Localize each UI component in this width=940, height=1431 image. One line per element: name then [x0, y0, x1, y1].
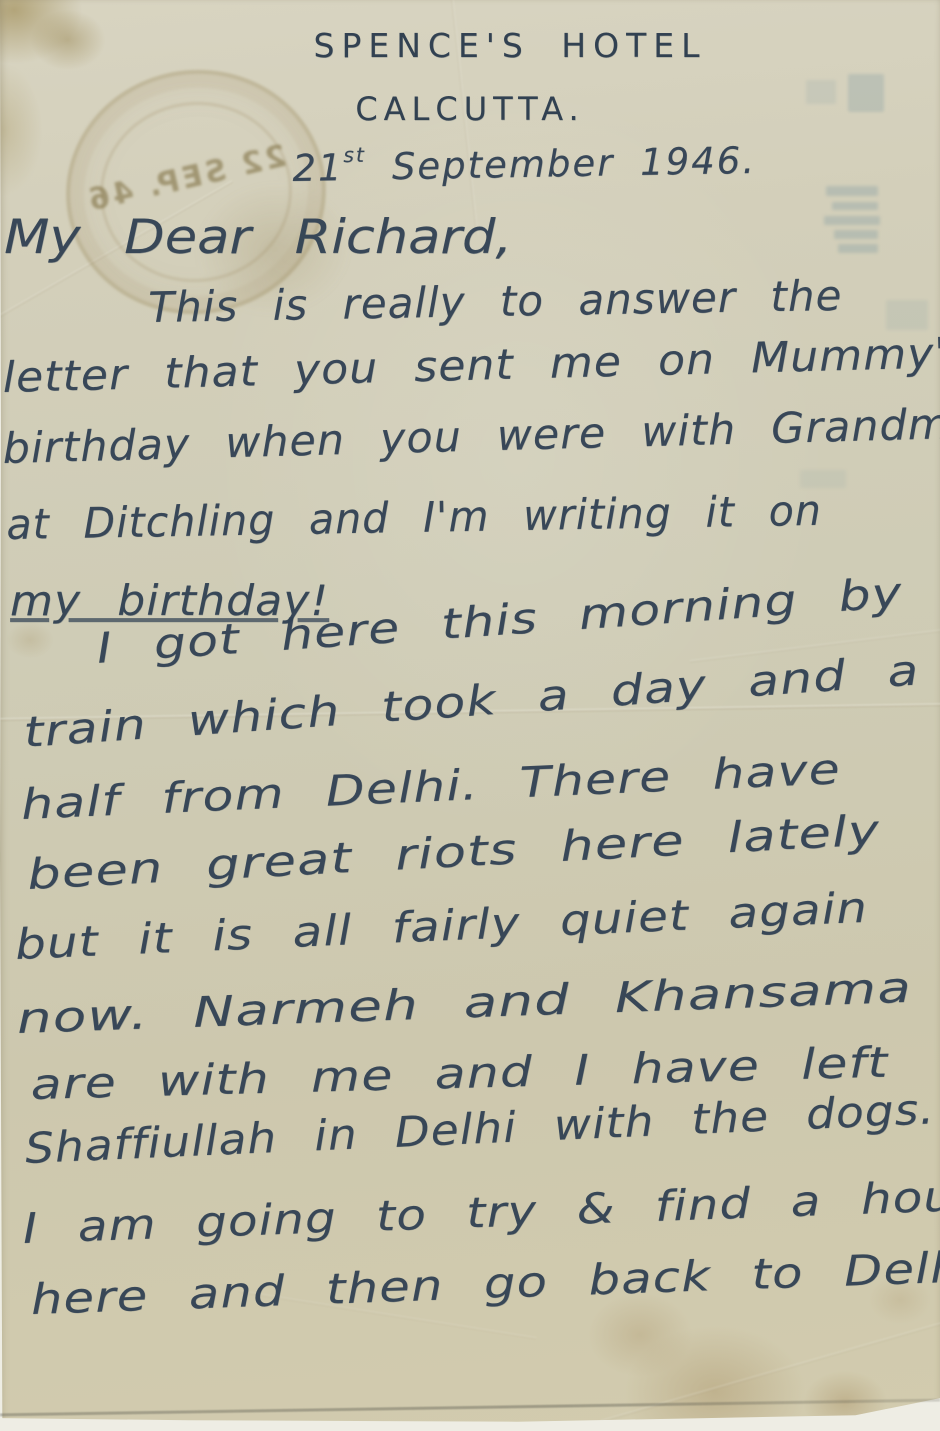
letter-salutation: My Dear Richard,: [4, 210, 512, 265]
letter-line: but it is all fairly quiet again: [14, 883, 869, 969]
letter-date-ordinal: st: [343, 143, 366, 167]
print-bleed-mark: [832, 202, 878, 210]
letter-date-day: 21: [292, 146, 344, 190]
letter-hotel-name: SPENCE'S HOTEL: [230, 26, 790, 65]
letter-line: letter that you sent me on Mummy's: [2, 328, 940, 402]
letter-date-rest: September 1946.: [391, 139, 756, 188]
print-bleed-mark: [834, 230, 878, 239]
letter-line: now. Narmeh and Khansama: [16, 963, 913, 1043]
print-bleed-mark: [886, 300, 928, 330]
print-bleed-mark: [824, 216, 880, 225]
letter-scan: 22 SEP. 46 SPENCE'S HOTEL CALCUTTA. 21st…: [0, 0, 940, 1431]
letter-line: I am going to try & find a house: [22, 1169, 940, 1253]
print-bleed-mark: [848, 74, 884, 112]
print-bleed-mark: [826, 186, 878, 196]
letter-paper: 22 SEP. 46 SPENCE'S HOTEL CALCUTTA. 21st…: [0, 0, 940, 1431]
letter-line: birthday when you were with Grandma: [2, 398, 940, 473]
letter-city: CALCUTTA.: [230, 90, 710, 128]
print-bleed-mark: [806, 80, 836, 104]
letter-line: here and then go back to Delhi: [30, 1242, 940, 1324]
crease-bottom-right: [600, 1321, 940, 1423]
print-bleed-mark: [838, 244, 878, 253]
letter-line: at Ditchling and I'm writing it on: [6, 486, 822, 549]
letter-date: 21st September 1946.: [292, 136, 756, 190]
